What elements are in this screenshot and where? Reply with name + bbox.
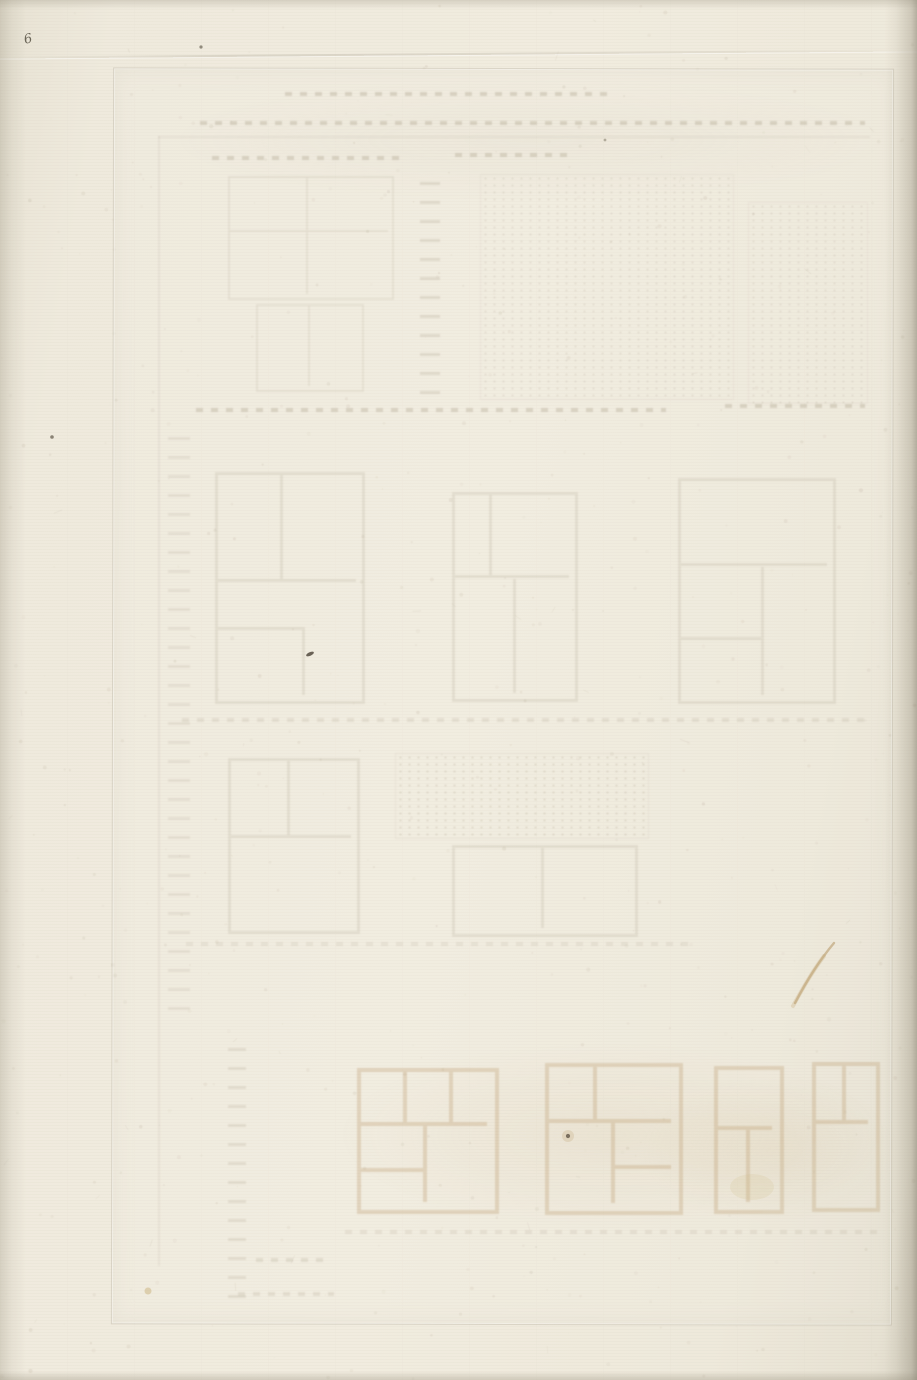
ghost-text-row xyxy=(725,404,865,408)
ghost-text-row xyxy=(455,153,573,157)
ghost-text-row xyxy=(200,121,865,125)
showthrough-layer xyxy=(0,0,917,1380)
ghost-plan-unit xyxy=(357,1068,499,1214)
ghost-plan-outline xyxy=(228,758,360,934)
ghost-dimension-column xyxy=(420,172,440,394)
ghost-hatched-block xyxy=(395,753,649,839)
ghost-ground-line xyxy=(182,718,870,722)
ghost-hatched-block xyxy=(748,202,868,404)
ghost-plan-outline xyxy=(678,478,836,704)
ghost-table-block xyxy=(228,176,394,300)
ghost-plan-outline xyxy=(215,472,365,704)
page-edge-shadow-bottom xyxy=(0,1371,917,1380)
ghost-text-row xyxy=(212,156,400,160)
ghost-plan-outline xyxy=(452,845,638,937)
gutter-shadow-left xyxy=(0,0,26,1380)
page-edge-shadow-top xyxy=(0,0,917,9)
ghost-dimension-column xyxy=(168,430,190,1010)
page-edge-shadow-right xyxy=(885,0,917,1380)
ghost-ground-line xyxy=(186,942,692,946)
ghost-text-row xyxy=(285,92,615,96)
ghost-text-row xyxy=(238,1292,334,1296)
ghost-dimension-column xyxy=(228,1048,246,1298)
ghost-frame-line xyxy=(158,136,870,138)
ghost-plan-outline xyxy=(452,492,578,702)
ghost-plan-unit xyxy=(545,1063,683,1215)
ghost-text-row xyxy=(196,408,666,412)
ghost-plan-unit xyxy=(714,1066,784,1214)
ghost-table-block xyxy=(256,304,364,392)
ghost-ground-line xyxy=(345,1230,881,1234)
ghost-frame-line xyxy=(158,136,160,1266)
ghost-text-row xyxy=(256,1258,326,1262)
ghost-hatched-block xyxy=(480,174,734,400)
book-page-scan: 6 xyxy=(0,0,917,1380)
ghost-plan-unit xyxy=(812,1062,880,1212)
